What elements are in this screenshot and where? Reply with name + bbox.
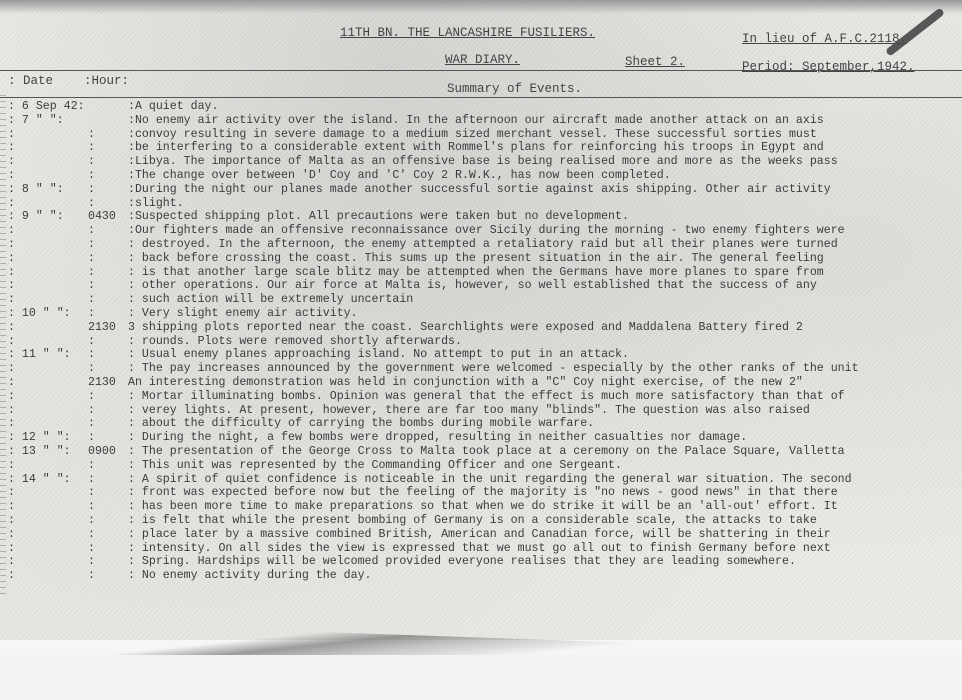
entry-hour: : <box>88 266 128 279</box>
entry-text: : intensity. On all sides the view is ex… <box>128 542 962 555</box>
diary-entry-row: : 12 " "::: During the night, a few bomb… <box>0 431 962 444</box>
entry-date: : <box>8 569 98 582</box>
column-summary: Summary of Events. <box>447 82 582 96</box>
entry-date: : 9 " ": <box>8 210 98 223</box>
entry-text: : The pay increases announced by the gov… <box>128 362 962 375</box>
entry-date: : <box>8 321 98 334</box>
entry-date: : 7 " ": <box>8 114 98 127</box>
entry-date: : <box>8 542 98 555</box>
entry-hour: 0430 <box>88 210 128 223</box>
entry-text: : back before crossing the coast. This s… <box>128 252 962 265</box>
entry-text: : The presentation of the George Cross t… <box>128 445 962 458</box>
diary-entry-row: ::: No enemy activity during the day. <box>0 569 962 582</box>
diary-entry-row: ::: is felt that while the present bombi… <box>0 514 962 527</box>
entry-date: : <box>8 417 98 430</box>
diary-entry-row: : 7 " "::No enemy air activity over the … <box>0 114 962 127</box>
diary-entry-row: ::: rounds. Plots were removed shortly a… <box>0 335 962 348</box>
entry-text: : such action will be extremely uncertai… <box>128 293 962 306</box>
entry-date: : <box>8 335 98 348</box>
entry-date: : <box>8 528 98 541</box>
diary-entry-row: :::Our fighters made an offensive reconn… <box>0 224 962 237</box>
diary-entry-row: ::: The pay increases announced by the g… <box>0 362 962 375</box>
diary-entry-row: : 13 " ":0900: The presentation of the G… <box>0 445 962 458</box>
entry-text: : has been more time to make preparation… <box>128 500 962 513</box>
entry-text: : about the difficulty of carrying the b… <box>128 417 962 430</box>
entry-hour: : <box>88 362 128 375</box>
entry-date: : <box>8 376 98 389</box>
entry-hour: : <box>88 459 128 472</box>
diary-entry-row: ::: Spring. Hardships will be welcomed p… <box>0 555 962 568</box>
entry-text: : Mortar illuminating bombs. Opinion was… <box>128 390 962 403</box>
diary-entry-row: : 14 " "::: A spirit of quiet confidence… <box>0 473 962 486</box>
diary-entry-row: ::: back before crossing the coast. This… <box>0 252 962 265</box>
entry-hour: : <box>88 417 128 430</box>
entry-text: An interesting demonstration was held in… <box>128 376 962 389</box>
diary-entry-row: : 10 " "::: Very slight enemy air activi… <box>0 307 962 320</box>
entry-hour: : <box>88 183 128 196</box>
entry-hour: : <box>88 238 128 251</box>
entry-hour: : <box>88 197 128 210</box>
entry-date: : 13 " ": <box>8 445 98 458</box>
entry-hour: : <box>88 155 128 168</box>
entry-hour: : <box>88 555 128 568</box>
entry-text: : destroyed. In the afternoon, the enemy… <box>128 238 962 251</box>
diary-entry-row: ::: destroyed. In the afternoon, the ene… <box>0 238 962 251</box>
entry-text: :be interfering to a considerable extent… <box>128 141 962 154</box>
entry-date: : 14 " ": <box>8 473 98 486</box>
entry-hour: : <box>88 569 128 582</box>
entry-text: :Our fighters made an offensive reconnai… <box>128 224 962 237</box>
entry-hour: : <box>88 500 128 513</box>
entry-text: :Suspected shipping plot. All precaution… <box>128 210 962 223</box>
entry-date: : <box>8 197 98 210</box>
entry-text: : is felt that while the present bombing… <box>128 514 962 527</box>
entry-date: : <box>8 266 98 279</box>
diary-title: WAR DIARY. <box>445 53 520 67</box>
entry-text: : is that another large scale blitz may … <box>128 266 962 279</box>
entry-text: :During the night our planes made anothe… <box>128 183 962 196</box>
sheet-number: Sheet 2. <box>625 55 685 69</box>
entry-hour: : <box>88 141 128 154</box>
entry-date: : <box>8 141 98 154</box>
entry-text: : verey lights. At present, however, the… <box>128 404 962 417</box>
diary-entry-row: ::: place later by a massive combined Br… <box>0 528 962 541</box>
entry-hour: : <box>88 390 128 403</box>
entry-text: : place later by a massive combined Brit… <box>128 528 962 541</box>
entry-text: : Usual enemy planes approaching island.… <box>128 348 962 361</box>
entry-date: : <box>8 390 98 403</box>
entry-date: : <box>8 252 98 265</box>
diary-entry-row: ::: This unit was represented by the Com… <box>0 459 962 472</box>
entry-date: : <box>8 500 98 513</box>
entry-hour: : <box>88 528 128 541</box>
header-rule-bottom <box>0 97 962 98</box>
diary-entry-row: :2130 3 shipping plots reported near the… <box>0 321 962 334</box>
entry-date: : <box>8 293 98 306</box>
entry-text: :A quiet day. <box>128 100 962 113</box>
entry-date: : <box>8 404 98 417</box>
diary-entry-row: ::: such action will be extremely uncert… <box>0 293 962 306</box>
entry-date: : <box>8 555 98 568</box>
entry-text: : other operations. Our air force at Mal… <box>128 279 962 292</box>
entry-text: : No enemy activity during the day. <box>128 569 962 582</box>
diary-entry-row: : 6 Sep 42::A quiet day. <box>0 100 962 113</box>
entry-text: :convoy resulting in severe damage to a … <box>128 128 962 141</box>
entry-text: :No enemy air activity over the island. … <box>128 114 962 127</box>
entry-date: : <box>8 486 98 499</box>
entry-hour: : <box>88 486 128 499</box>
scan-bottom-margin <box>0 655 962 700</box>
entry-text: :Libya. The importance of Malta as an of… <box>128 155 962 168</box>
diary-entry-row: : 8 " ":::During the night our planes ma… <box>0 183 962 196</box>
diary-entry-row: :::be interfering to a considerable exte… <box>0 141 962 154</box>
entry-hour: : <box>88 514 128 527</box>
entry-hour: : <box>88 335 128 348</box>
diary-entry-row: ::: other operations. Our air force at M… <box>0 279 962 292</box>
entry-text: : Very slight enemy air activity. <box>128 307 962 320</box>
entry-date: : <box>8 169 98 182</box>
entry-hour: : <box>88 279 128 292</box>
entry-text: : This unit was represented by the Comma… <box>128 459 962 472</box>
entry-hour: : <box>88 128 128 141</box>
diary-entry-row: :::convoy resulting in severe damage to … <box>0 128 962 141</box>
diary-entry-row: :::Libya. The importance of Malta as an … <box>0 155 962 168</box>
unit-title: 11TH BN. THE LANCASHIRE FUSILIERS. <box>340 26 595 40</box>
entry-date: : <box>8 459 98 472</box>
diary-entry-row: :::slight. <box>0 197 962 210</box>
diary-entry-row: :::The change over between 'D' Coy and '… <box>0 169 962 182</box>
entry-date: : <box>8 155 98 168</box>
entry-text: : During the night, a few bombs were dro… <box>128 431 962 444</box>
entry-date: : <box>8 514 98 527</box>
entry-text: 3 shipping plots reported near the coast… <box>128 321 962 334</box>
period: Period: September,1942. <box>742 60 915 74</box>
column-date: : Date <box>8 74 53 88</box>
entry-date: : 8 " ": <box>8 183 98 196</box>
entry-date: : <box>8 224 98 237</box>
entry-hour: : <box>88 348 128 361</box>
diary-entry-row: :2130 An interesting demonstration was h… <box>0 376 962 389</box>
entry-hour: : <box>88 224 128 237</box>
entry-hour: : <box>88 293 128 306</box>
entry-hour: : <box>88 404 128 417</box>
form-reference: In lieu of A.F.C.2118. <box>742 32 907 46</box>
diary-entry-row: ::: about the difficulty of carrying the… <box>0 417 962 430</box>
entry-text: :slight. <box>128 197 962 210</box>
entry-hour: : <box>88 169 128 182</box>
entry-text: : front was expected before now but the … <box>128 486 962 499</box>
entry-hour: : <box>88 252 128 265</box>
diary-entry-row: ::: verey lights. At present, however, t… <box>0 404 962 417</box>
diary-page: 11TH BN. THE LANCASHIRE FUSILIERS. WAR D… <box>0 0 962 640</box>
entry-hour: 0900 <box>88 445 128 458</box>
diary-entry-row: ::: has been more time to make preparati… <box>0 500 962 513</box>
entry-hour: : <box>88 431 128 444</box>
diary-entry-row: : 11 " "::: Usual enemy planes approachi… <box>0 348 962 361</box>
diary-entry-row: ::: front was expected before now but th… <box>0 486 962 499</box>
entry-date: : 12 " ": <box>8 431 98 444</box>
entry-date: : 11 " ": <box>8 348 98 361</box>
entry-date: : 6 Sep 42: <box>8 100 98 113</box>
diary-entry-row: ::: intensity. On all sides the view is … <box>0 542 962 555</box>
entry-hour: : <box>88 473 128 486</box>
diary-entry-row: : 9 " ":0430:Suspected shipping plot. Al… <box>0 210 962 223</box>
scan-top-shadow <box>0 0 962 14</box>
entry-hour: 2130 <box>88 321 128 334</box>
entry-text: : rounds. Plots were removed shortly aft… <box>128 335 962 348</box>
entry-text: : A spirit of quiet confidence is notice… <box>128 473 962 486</box>
entry-date: : <box>8 238 98 251</box>
entry-date: : <box>8 128 98 141</box>
entry-hour: : <box>88 307 128 320</box>
entry-hour: : <box>88 542 128 555</box>
entry-date: : <box>8 279 98 292</box>
diary-entry-row: ::: Mortar illuminating bombs. Opinion w… <box>0 390 962 403</box>
entry-date: : <box>8 362 98 375</box>
entry-text: : Spring. Hardships will be welcomed pro… <box>128 555 962 568</box>
column-hour: :Hour: <box>84 74 129 88</box>
header-rule-top <box>0 70 962 71</box>
entry-text: :The change over between 'D' Coy and 'C'… <box>128 169 962 182</box>
entry-hour: 2130 <box>88 376 128 389</box>
diary-entry-row: ::: is that another large scale blitz ma… <box>0 266 962 279</box>
entry-date: : 10 " ": <box>8 307 98 320</box>
